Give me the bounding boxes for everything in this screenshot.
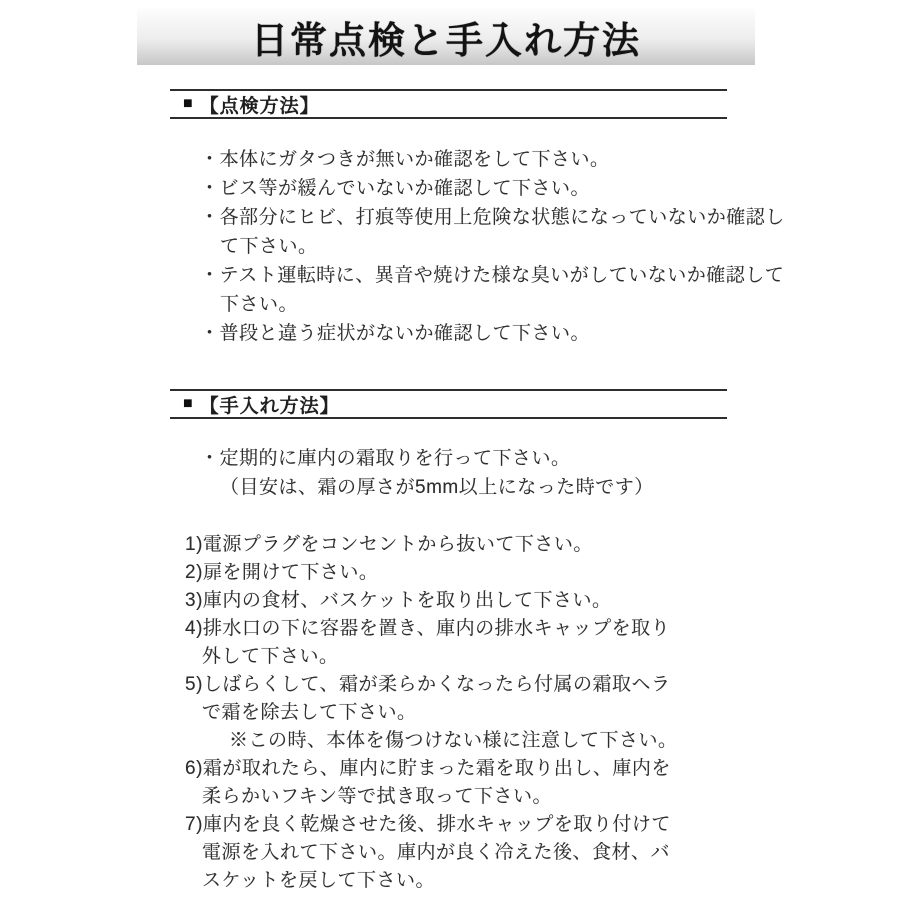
square-bullet-icon: ■	[183, 396, 193, 412]
caution-note: ※この時、本体を傷つけない様に注意して下さい。	[185, 727, 770, 755]
list-item: ・本体にガタつきが無いか確認をして下さい。	[200, 145, 785, 174]
section-title-inspection: 【点検方法】	[200, 91, 320, 118]
section-header-care: ■ 【手入れ方法】	[170, 389, 727, 419]
step-item: 6)霜が取れたら、庫内に貯まった霜を取り出し、庫内を 柔らかいフキン等で拭き取っ…	[185, 755, 770, 811]
list-item: ・ビス等が緩んでいないか確認して下さい。	[200, 174, 785, 203]
title-banner: 日常点検と手入れ方法	[137, 8, 755, 65]
square-bullet-icon: ■	[183, 96, 193, 112]
care-steps-list: 1)電源プラグをコンセントから抜いて下さい。 2)扉を開けて下さい。 3)庫内の…	[185, 531, 770, 895]
inspection-list: ・本体にガタつきが無いか確認をして下さい。 ・ビス等が緩んでいないか確認して下さ…	[200, 145, 785, 348]
section-title-care: 【手入れ方法】	[200, 391, 340, 418]
section-header-inspection: ■ 【点検方法】	[170, 89, 727, 119]
page-title: 日常点検と手入れ方法	[251, 10, 641, 64]
list-item: ・普段と違う症状がないか確認して下さい。	[200, 319, 785, 348]
step-item: 3)庫内の食材、バスケットを取り出して下さい。	[185, 587, 770, 615]
step-item: 1)電源プラグをコンセントから抜いて下さい。	[185, 531, 770, 559]
step-item: 2)扉を開けて下さい。	[185, 559, 770, 587]
step-item: 4)排水口の下に容器を置き、庫内の排水キャップを取り 外して下さい。	[185, 615, 770, 671]
list-item: ・テスト運転時に、異音や焼けた様な臭いがしていないか確認して 下さい。	[200, 261, 785, 319]
list-item: ・各部分にヒビ、打痕等使用上危険な状態になっていないか確認し て下さい。	[200, 203, 785, 261]
step-item: 5)しばらくして、霜が柔らかくなったら付属の霜取ヘラ で霜を除去して下さい。	[185, 671, 770, 727]
care-intro: ・定期的に庫内の霜取りを行って下さい。 （目安は、霜の厚さが5mm以上になった時…	[200, 444, 805, 502]
manual-page: 日常点検と手入れ方法 ■ 【点検方法】 ・本体にガタつきが無いか確認をして下さい…	[0, 0, 900, 900]
step-item: 7)庫内を良く乾燥させた後、排水キャップを取り付けて 電源を入れて下さい。庫内が…	[185, 811, 770, 895]
